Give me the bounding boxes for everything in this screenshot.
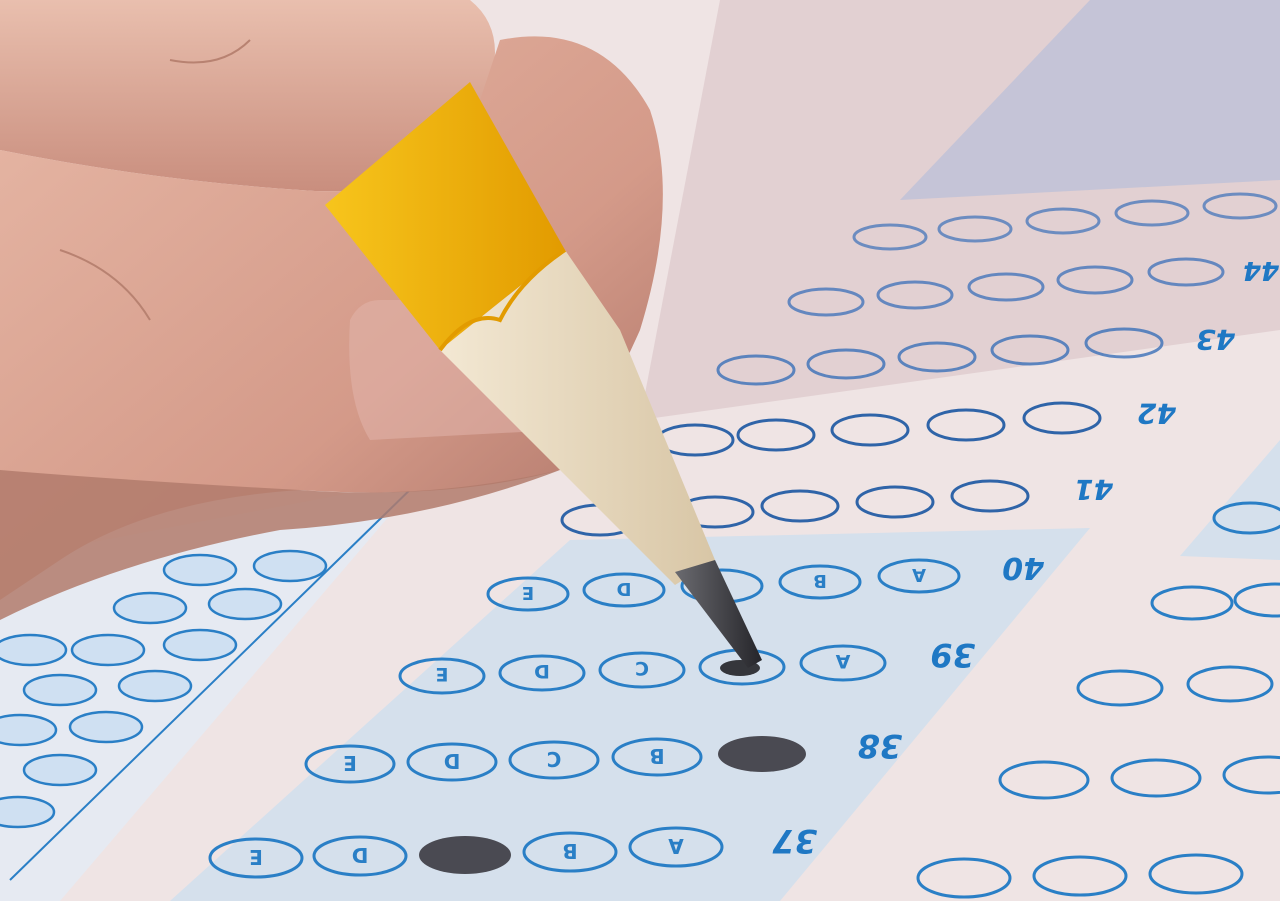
svg-text:44: 44 — [1243, 255, 1280, 285]
scene-graphic: 44 43 42 41 — [0, 0, 1280, 901]
svg-text:B: B — [562, 839, 577, 863]
svg-text:D: D — [534, 660, 550, 682]
svg-text:A: A — [835, 650, 850, 672]
svg-text:B: B — [813, 570, 827, 591]
svg-text:43: 43 — [1196, 323, 1236, 356]
svg-text:42: 42 — [1137, 397, 1177, 430]
svg-text:E: E — [343, 751, 357, 775]
filled-bubble-37c — [419, 836, 511, 874]
svg-text:E: E — [522, 582, 534, 603]
svg-text:D: D — [617, 578, 632, 599]
svg-text:D: D — [352, 843, 369, 867]
svg-text:38: 38 — [857, 727, 902, 765]
svg-text:37: 37 — [772, 822, 817, 860]
svg-text:A: A — [912, 564, 926, 585]
svg-text:39: 39 — [930, 636, 975, 674]
svg-text:C: C — [547, 747, 562, 771]
svg-text:D: D — [444, 749, 461, 773]
svg-text:A: A — [668, 834, 684, 858]
svg-text:41: 41 — [1074, 473, 1114, 506]
answer-sheet-photo: 44 43 42 41 — [0, 0, 1280, 901]
filled-bubble-38a — [718, 736, 806, 772]
svg-text:C: C — [635, 657, 649, 679]
svg-text:B: B — [649, 744, 664, 768]
svg-text:E: E — [249, 845, 263, 869]
svg-text:E: E — [436, 663, 449, 685]
svg-text:40: 40 — [1002, 550, 1045, 585]
